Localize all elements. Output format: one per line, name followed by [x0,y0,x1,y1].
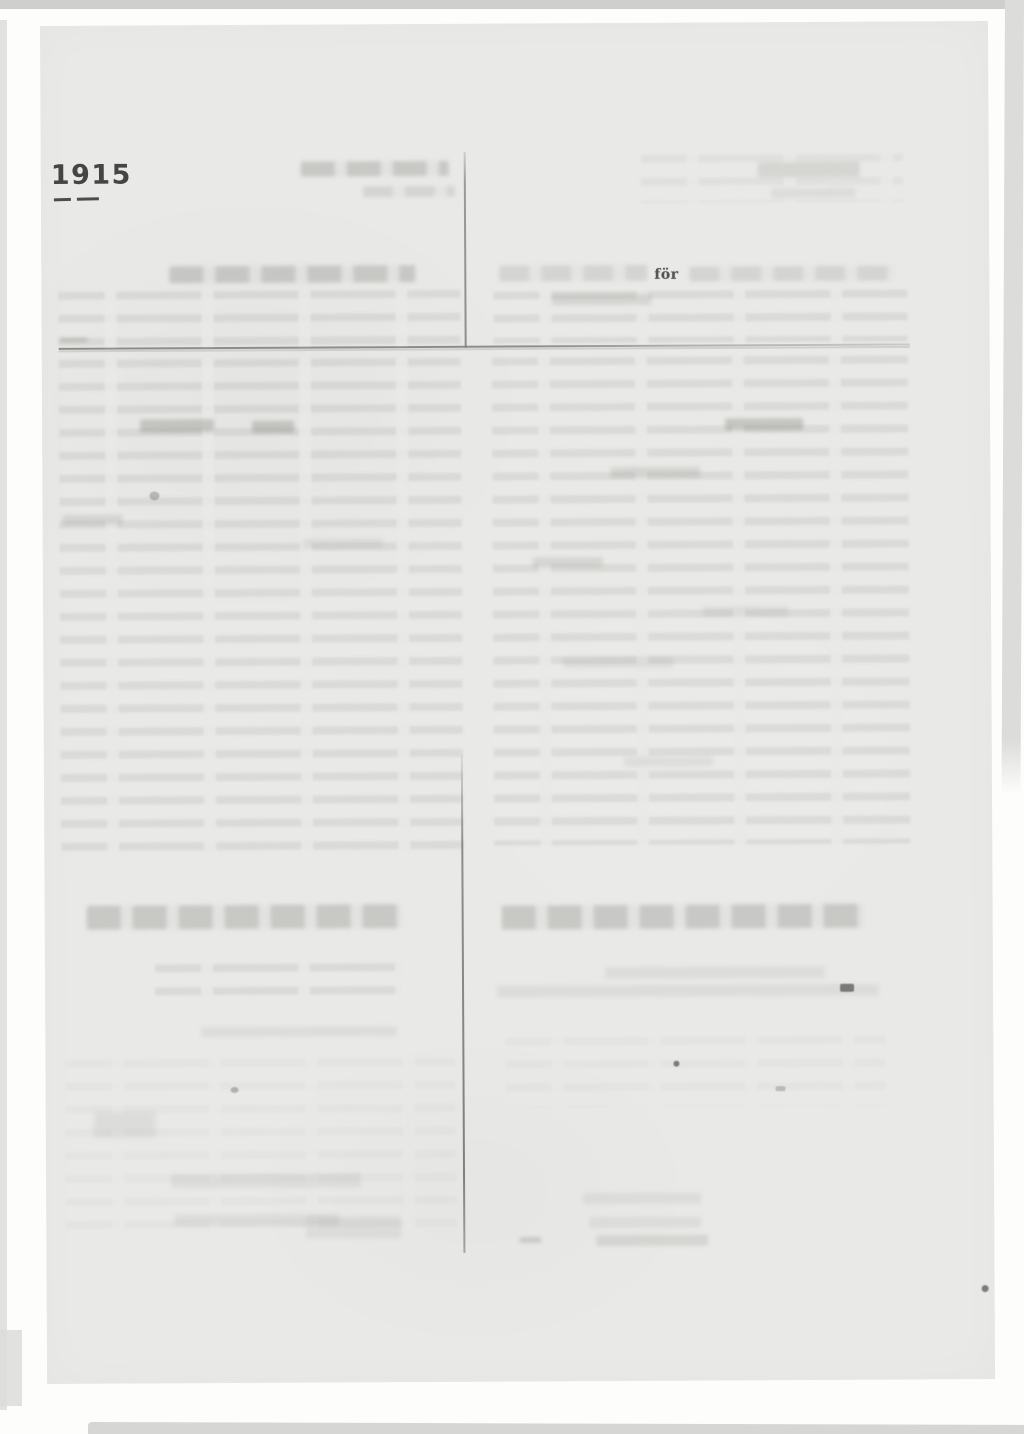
ink-speck [982,1285,989,1292]
ink-speck [231,1087,239,1093]
faint-word-cluster [689,266,894,282]
faint-word-cluster [306,1216,401,1238]
date-underline-mark [54,197,99,201]
faint-rule-tick [60,338,88,342]
faint-word-cluster [94,1111,156,1137]
faint-word-cluster [563,657,673,669]
faint-word-cluster [140,419,214,432]
faint-word-cluster [624,756,714,766]
underline-dash-left [54,198,71,201]
page-date: 1915 [51,162,132,189]
faint-word-cluster [725,418,803,430]
faint-paragraph [59,358,464,865]
faint-text-line [583,1193,701,1205]
faint-word-cluster [551,294,651,306]
faint-word-cluster [533,557,603,567]
faint-text-line [201,1026,397,1037]
faint-headline [169,265,415,283]
faint-paragraph [65,1058,456,1240]
faint-word-cluster [610,467,700,478]
faint-paragraph [58,290,460,347]
column-divider-upper [464,152,467,348]
scanner-top-strip [0,0,1024,9]
ink-speck [673,1061,679,1067]
newspaper-page: 1915 för [40,21,995,1384]
faint-word-cluster [519,1237,541,1242]
scanned-newspaper-viewport: 1915 för [0,0,1024,1434]
faint-word-cluster [363,186,455,197]
faint-word-cluster [703,606,788,616]
next-page-bottom-edge [88,1422,1024,1434]
faint-text-line [589,1217,701,1229]
faint-word-cluster [499,265,647,282]
faint-word-cluster [63,515,123,525]
adjacent-page-right-edge [1002,0,1024,795]
faint-word-cluster [303,538,383,548]
faint-word-cluster [252,421,294,433]
faint-word-cluster [301,161,449,177]
faint-word-cluster [758,162,860,178]
faint-text-line [171,1173,361,1188]
underline-dash-right [77,197,99,200]
ink-speck [776,1086,786,1091]
legible-word: för [654,267,678,283]
faint-paragraph [505,1036,885,1108]
adjacent-page-left-edge [0,20,7,1410]
faint-text-line [605,966,825,979]
ink-speck [840,984,854,992]
adjacent-page-left-corner [0,1330,22,1406]
faint-paragraph [492,355,911,845]
faint-section-header [87,904,402,930]
faint-section-header [502,904,864,930]
faint-paragraph [155,963,403,1004]
faint-text-line [596,1235,708,1247]
faint-text-line [497,984,879,998]
ink-speck [149,491,159,500]
faint-word-cluster [771,188,856,198]
